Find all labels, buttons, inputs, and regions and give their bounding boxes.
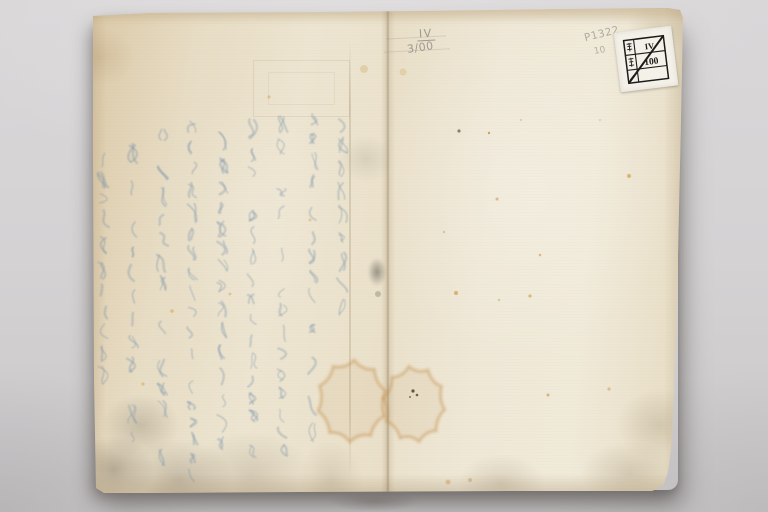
stamp-impression-inner [268, 72, 335, 105]
photograph: IV 3/00 P1322 10 IV [0, 0, 768, 512]
label-header-row1-kanji [626, 43, 632, 52]
ink-smudge [364, 252, 390, 292]
book: IV 3/00 P1322 10 IV [0, 0, 768, 512]
label-header-row2-kanji [628, 58, 634, 68]
pencil-catalog-sub: 10 [593, 45, 606, 57]
label-printed-table: IV 100 [614, 26, 679, 93]
center-fold [381, 8, 395, 494]
paper-crease [349, 40, 351, 480]
stamp-impression [253, 60, 350, 117]
catalog-label-sticker: IV 100 [614, 26, 679, 93]
